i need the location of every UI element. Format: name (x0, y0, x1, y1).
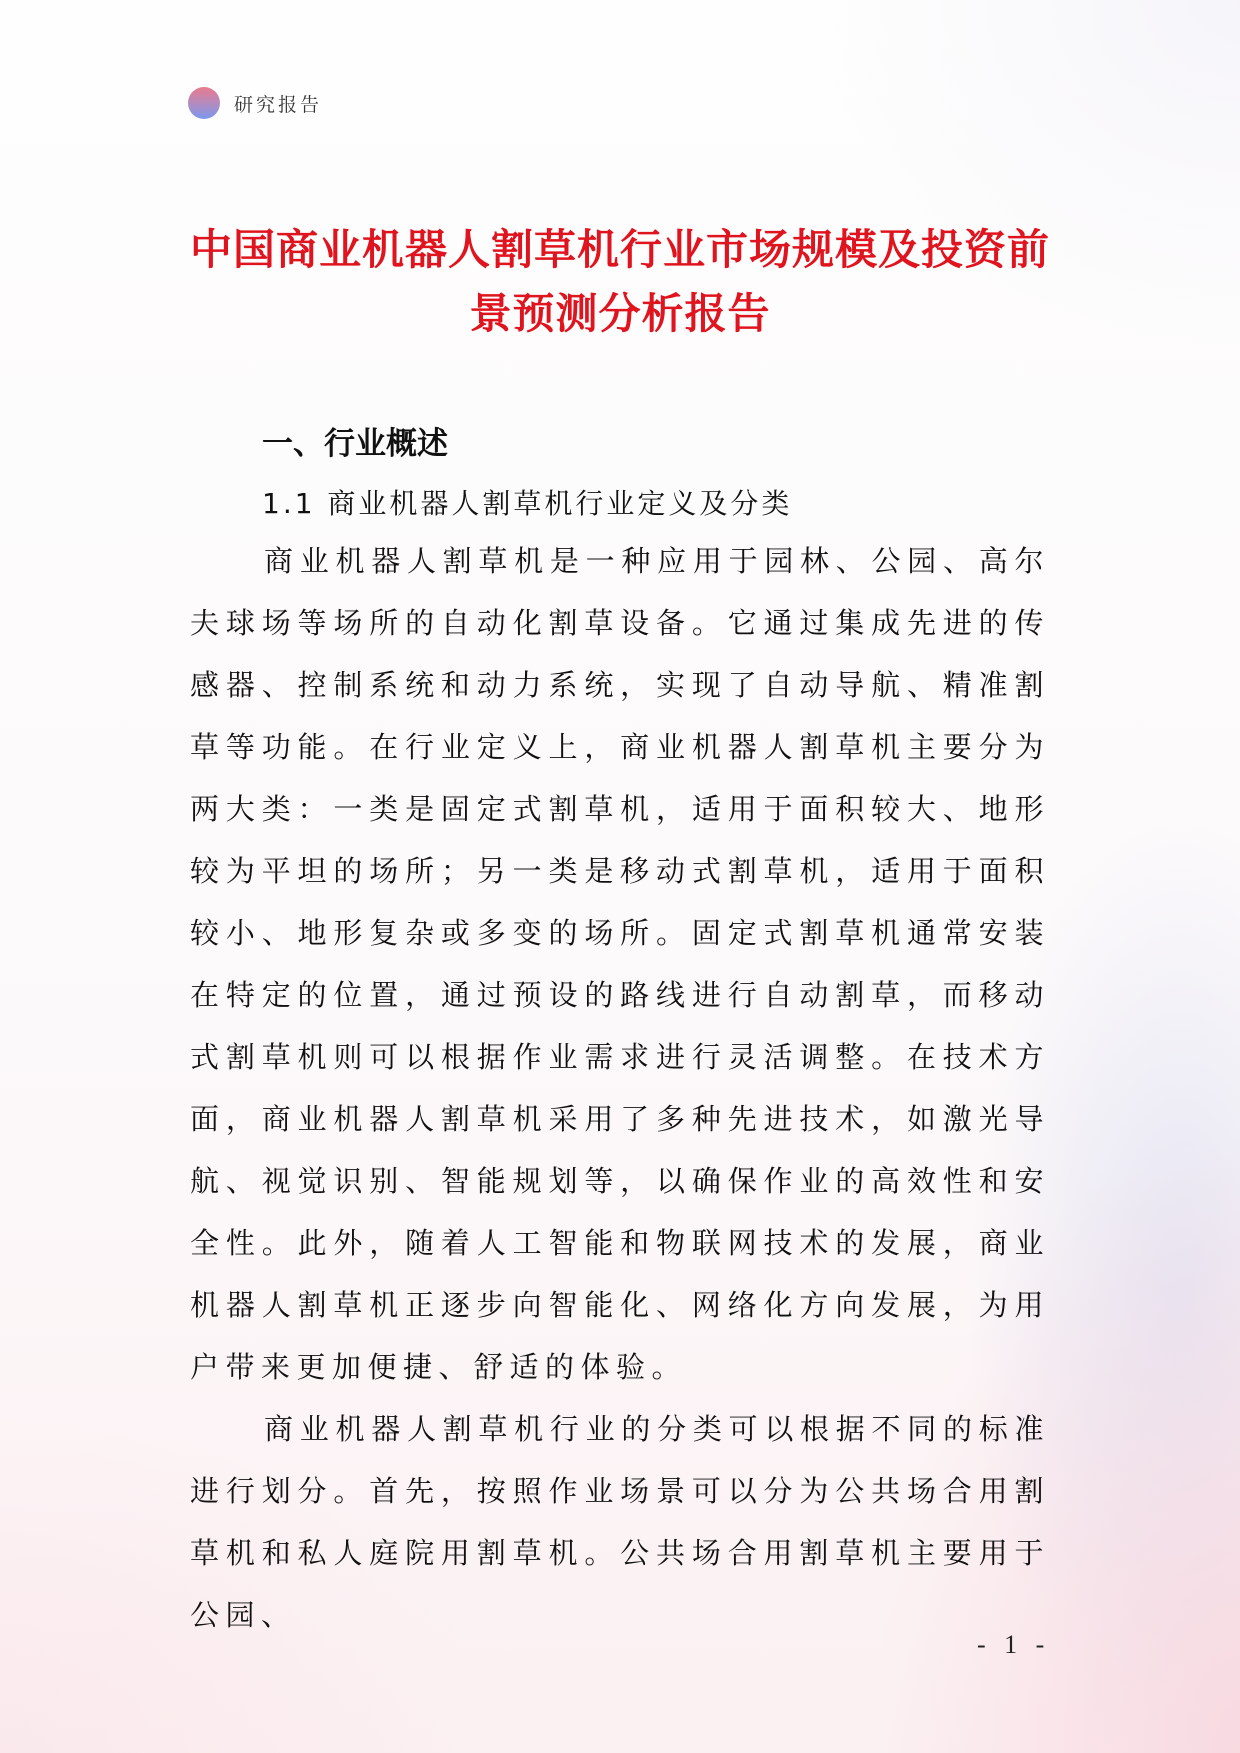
logo-circle-icon (188, 87, 220, 119)
subsection-heading: 1.1 商业机器人割草机行业定义及分类 (262, 482, 792, 522)
paragraph-definition: 商业机器人割草机是一种应用于园林、公园、高尔夫球场等场所的自动化割草设备。它通过… (190, 530, 1050, 1398)
report-header: 研究报告 (188, 87, 322, 119)
paragraph-classification: 商业机器人割草机行业的分类可以根据不同的标准进行划分。首先，按照作业场景可以分为… (190, 1398, 1050, 1646)
header-label: 研究报告 (234, 90, 322, 117)
document-title: 中国商业机器人割草机行业市场规模及投资前景预测分析报告 (190, 218, 1050, 346)
page-number: - 1 - (977, 1630, 1050, 1660)
section-heading: 一、行业概述 (262, 418, 448, 463)
